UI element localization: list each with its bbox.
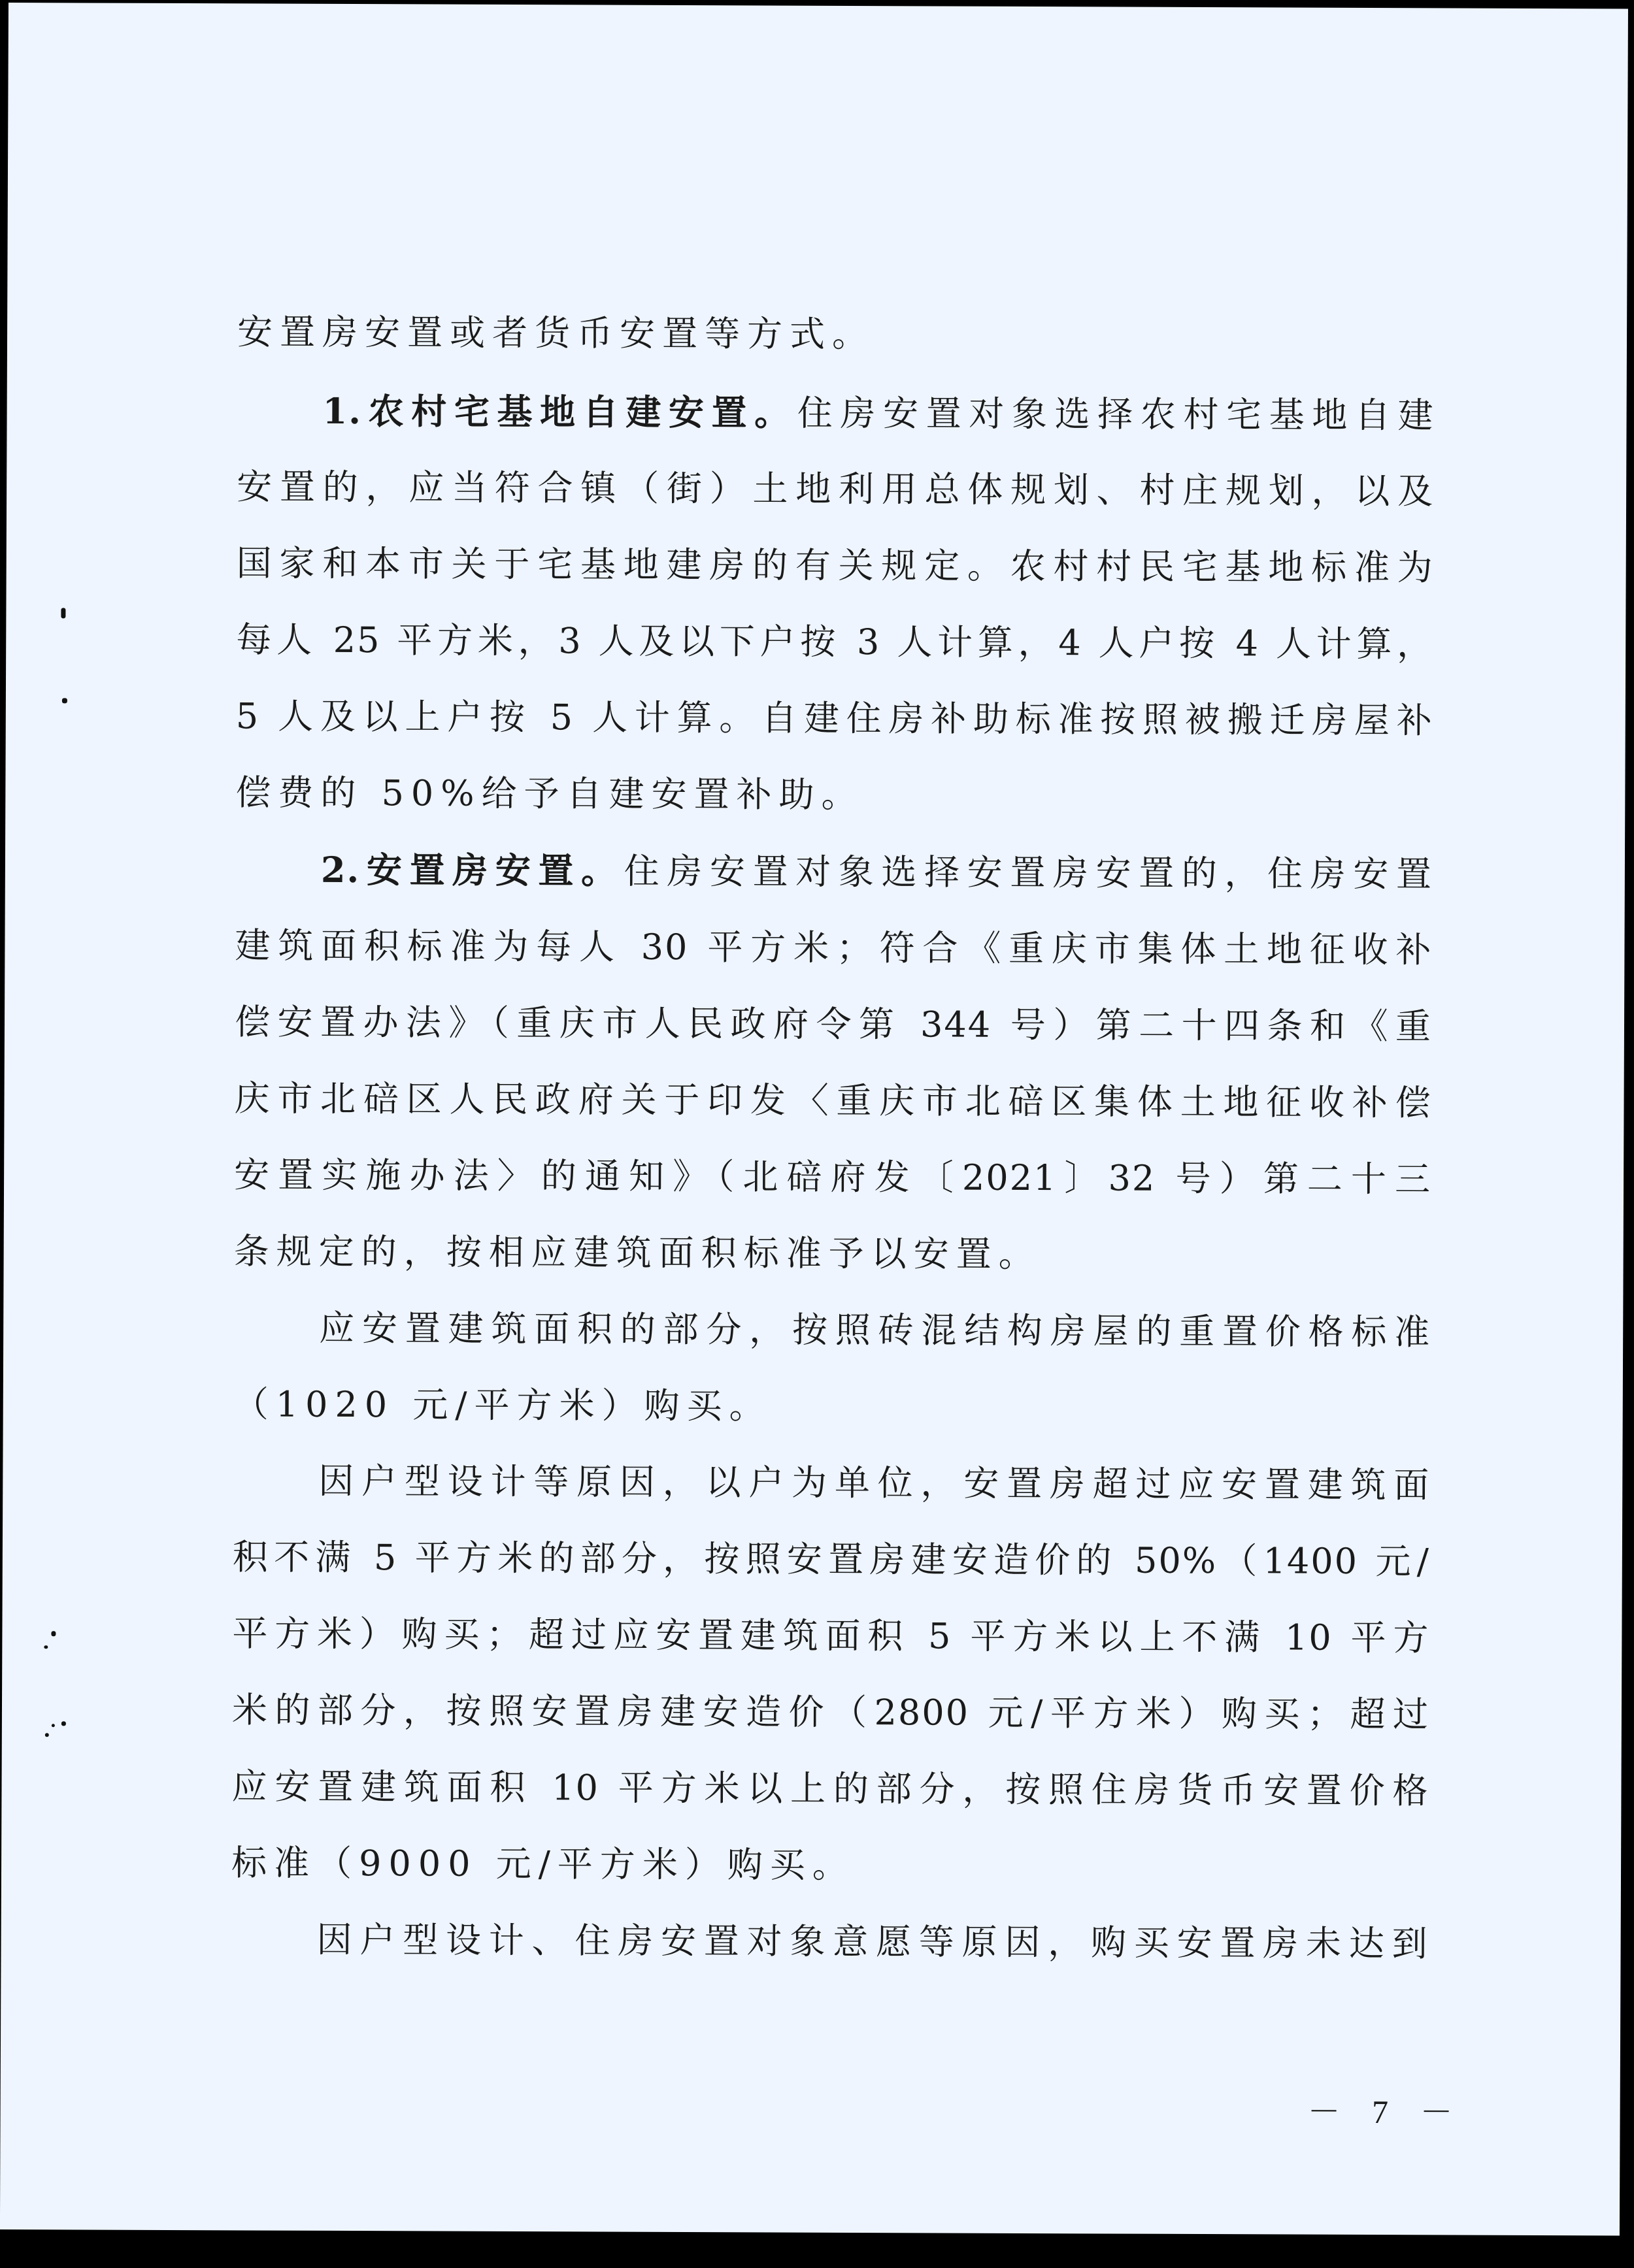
text-line: 应安置建筑面积 10 平方米以上的部分，按照住房货币安置价格 <box>231 1764 1429 1814</box>
text-content: 积不满 5 平方米的部分，按照安置房建安造价的 50%（1400 元/ <box>233 1536 1430 1582</box>
text-line: 庆市北碚区人民政府关于印发〈重庆市北碚区集体土地征收补偿 <box>234 1076 1431 1126</box>
section-heading-line: 2.安置房安置。住房安置对象选择安置房安置的，住房安置 <box>321 847 1433 897</box>
text-line: 标准（9000 元/平方米）购买。 <box>231 1840 1429 1890</box>
text-line: 每人 25 平方米，3 人及以下户按 3 人计算，4 人户按 4 人计算， <box>236 617 1433 667</box>
text-line: 应安置建筑面积的部分，按照砖混结构房屋的重置价格标准 <box>319 1306 1431 1356</box>
text-line: 安置的，应当符合镇（街）土地利用总体规划、村庄规划，以及 <box>237 464 1434 514</box>
text-line: 偿安置办法》（重庆市人民政府令第 344 号）第二十四条和《重 <box>235 999 1432 1049</box>
text-content: 应安置建筑面积的部分，按照砖混结构房屋的重置价格标准 <box>319 1307 1431 1353</box>
text-line: 5 人及以上户按 5 人计算。自建住房补助标准按照被搬迁房屋补 <box>236 693 1433 744</box>
text-content: 应安置建筑面积 10 平方米以上的部分，按照住房货币安置价格 <box>231 1766 1429 1811</box>
text-line: 安置实施办法〉的通知》（北碚府发〔2021〕32 号）第二十三 <box>234 1152 1431 1202</box>
text-line: 因户型设计等原因，以户为单位，安置房超过应安置建筑面 <box>318 1458 1430 1509</box>
section-heading: 2.安置房安置。 <box>321 849 624 892</box>
section-heading-line: 1.农村宅基地自建安置。住房安置对象选择农村宅基地自建 <box>322 388 1434 438</box>
text-line: （1020 元/平方米）购买。 <box>233 1381 1431 1432</box>
text-content: 因户型设计等原因，以户为单位，安置房超过应安置建筑面 <box>318 1460 1430 1506</box>
text-line: 米的部分，按照安置房建安造价（2800 元/平方米）购买；超过 <box>232 1687 1429 1737</box>
text-line: 条规定的，按相应建筑面积标准予以安置。 <box>234 1228 1431 1279</box>
scan-artifact <box>44 1645 48 1649</box>
scan-artifact <box>61 608 65 618</box>
text-content: 5 人及以上户按 5 人计算。自建住房补助标准按照被搬迁房屋补 <box>236 695 1433 741</box>
text-content: 安置实施办法〉的通知》（北碚府发〔2021〕32 号）第二十三 <box>234 1154 1431 1200</box>
text-line: 积不满 5 平方米的部分，按照安置房建安造价的 50%（1400 元/ <box>233 1534 1430 1585</box>
text-content: 住房安置对象选择农村宅基地自建 <box>797 393 1435 436</box>
text-line: 平方米）购买；超过应安置建筑面积 5 平方米以上不满 10 平方 <box>232 1611 1429 1661</box>
text-content: 偿安置办法》（重庆市人民政府令第 344 号）第二十四条和《重 <box>235 1001 1432 1047</box>
text-content: 平方米）购买；超过应安置建筑面积 5 平方米以上不满 10 平方 <box>232 1613 1429 1658</box>
text-content: 住房安置对象选择安置房安置的，住房安置 <box>624 851 1433 895</box>
text-line: 建筑面积标准为每人 30 平方米；符合《重庆市集体土地征收补 <box>235 923 1432 973</box>
page-number: － 7 － <box>1308 2092 1465 2132</box>
text-content: 每人 25 平方米，3 人及以下户按 3 人计算，4 人户按 4 人计算， <box>236 619 1433 665</box>
text-content: 国家和本市关于宅基地建房的有关规定。农村村民宅基地标准为 <box>237 542 1434 588</box>
text-content: 标准（9000 元/平方米）购买。 <box>231 1842 855 1886</box>
section-heading: 1.农村宅基地自建安置。 <box>322 390 797 434</box>
text-line: 国家和本市关于宅基地建房的有关规定。农村村民宅基地标准为 <box>237 540 1434 591</box>
text-line: 安置房安置或者货币安置等方式。 <box>237 309 1435 359</box>
document-page: 安置房安置或者货币安置等方式。 1.农村宅基地自建安置。住房安置对象选择农村宅基… <box>0 3 1628 2235</box>
text-content: 因户型设计、住房安置对象意愿等原因，购买安置房未达到 <box>317 1919 1429 1965</box>
scan-artifact <box>45 1733 49 1737</box>
text-line: 因户型设计、住房安置对象意愿等原因，购买安置房未达到 <box>316 1917 1428 1967</box>
scan-artifact <box>52 1724 55 1727</box>
text-content: 安置的，应当符合镇（街）土地利用总体规划、村庄规划，以及 <box>237 466 1434 512</box>
text-content: 建筑面积标准为每人 30 平方米；符合《重庆市集体土地征收补 <box>235 925 1432 970</box>
scan-artifact <box>61 1721 66 1726</box>
text-line: 偿费的 50%给予自建安置补助。 <box>235 770 1433 820</box>
scan-artifact <box>51 1631 56 1636</box>
text-content: 庆市北碚区人民政府关于印发〈重庆市北碚区集体土地征收补偿 <box>234 1077 1431 1123</box>
text-content: 米的部分，按照安置房建安造价（2800 元/平方米）购买；超过 <box>232 1689 1429 1735</box>
text-content: 安置房安置或者货币安置等方式。 <box>237 311 875 355</box>
text-content: 条规定的，按相应建筑面积标准予以安置。 <box>234 1230 1041 1275</box>
text-content: （1020 元/平方米）购买。 <box>233 1383 772 1426</box>
text-content: 偿费的 50%给予自建安置补助。 <box>235 772 863 815</box>
scan-artifact <box>62 698 67 703</box>
